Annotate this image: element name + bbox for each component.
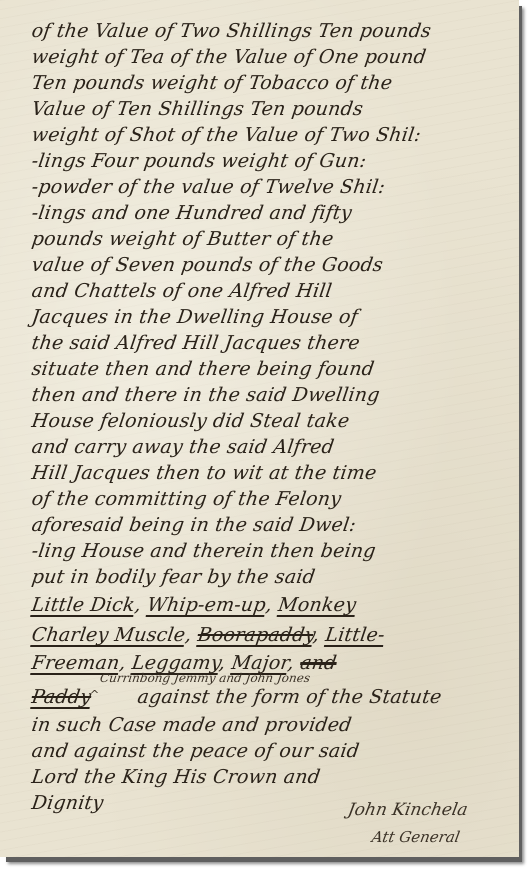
text-line-17: and carry away the said Alfred	[30, 434, 504, 460]
text-line-7: -powder of the value of Twelve Shil:	[30, 174, 504, 200]
name-whip-em-up: Whip-em-up	[146, 594, 268, 616]
text-line-15: then and there in the said Dwelling	[30, 382, 504, 408]
text-line-1: of the Value of Two Shillings Ten pounds	[30, 18, 504, 44]
text-line-9: pounds weight of Butter of the	[30, 226, 504, 252]
name-monkey: Monkey	[277, 594, 358, 616]
names-line-2: Charley Muscle, Boorapaddy, Little-	[30, 622, 504, 648]
closing-line-3: Lord the King His Crown and	[30, 764, 504, 790]
text-line-8: -lings and one Hundred and fifty	[30, 200, 504, 226]
text-line-22: put in bodily fear by the said	[30, 564, 504, 590]
names-line-4: Paddy against the form of the Statute	[30, 684, 504, 710]
name-little-dick: Little Dick	[30, 594, 136, 616]
closing-line-1: in such Case made and provided	[30, 712, 504, 738]
interlinear-insertion: Currinbong Jemmy and John Jones	[99, 671, 311, 685]
name-little-freeman-part1: Little-	[324, 624, 386, 646]
names-line-1: Little Dick, Whip-em-up, Monkey	[30, 592, 504, 618]
manuscript-page: of the Value of Two Shillings Ten pounds…	[0, 0, 519, 857]
text-line-5: weight of Shot of the Value of Two Shil:	[30, 122, 504, 148]
signature-name: John Kinchela	[346, 800, 469, 820]
signature-title: Att General	[370, 828, 461, 846]
text-line-12: Jacques in the Dwelling House of	[30, 304, 504, 330]
text-line-6: -lings Four pounds weight of Gun:	[30, 148, 504, 174]
name-boorapaddy-struck: Boorapaddy	[196, 624, 314, 646]
text-line-13: the said Alfred Hill Jacques there	[30, 330, 504, 356]
text-line-16: House feloniously did Steal take	[30, 408, 504, 434]
text-line-2: weight of Tea of the Value of One pound	[30, 44, 504, 70]
text-line-4: Value of Ten Shillings Ten pounds	[30, 96, 504, 122]
text-line-14: situate then and there being found	[30, 356, 504, 382]
text-line-19: of the committing of the Felony	[30, 486, 504, 512]
text-line-21: -ling House and therein then being	[30, 538, 504, 564]
name-charley-muscle: Charley Muscle	[30, 624, 187, 646]
text-line-20: aforesaid being in the said Dwel:	[30, 512, 504, 538]
name-paddy-struck: Paddy	[30, 686, 92, 708]
text-line-10: value of Seven pounds of the Goods	[30, 252, 504, 278]
text-line-18: Hill Jacques then to wit at the time	[30, 460, 504, 486]
closing-line-2: and against the peace of our said	[30, 738, 504, 764]
against-statute-text: against the form of the Statute	[136, 686, 443, 708]
text-line-11: and Chattels of one Alfred Hill	[30, 278, 504, 304]
text-line-3: Ten pounds weight of Tobacco of the	[30, 70, 504, 96]
